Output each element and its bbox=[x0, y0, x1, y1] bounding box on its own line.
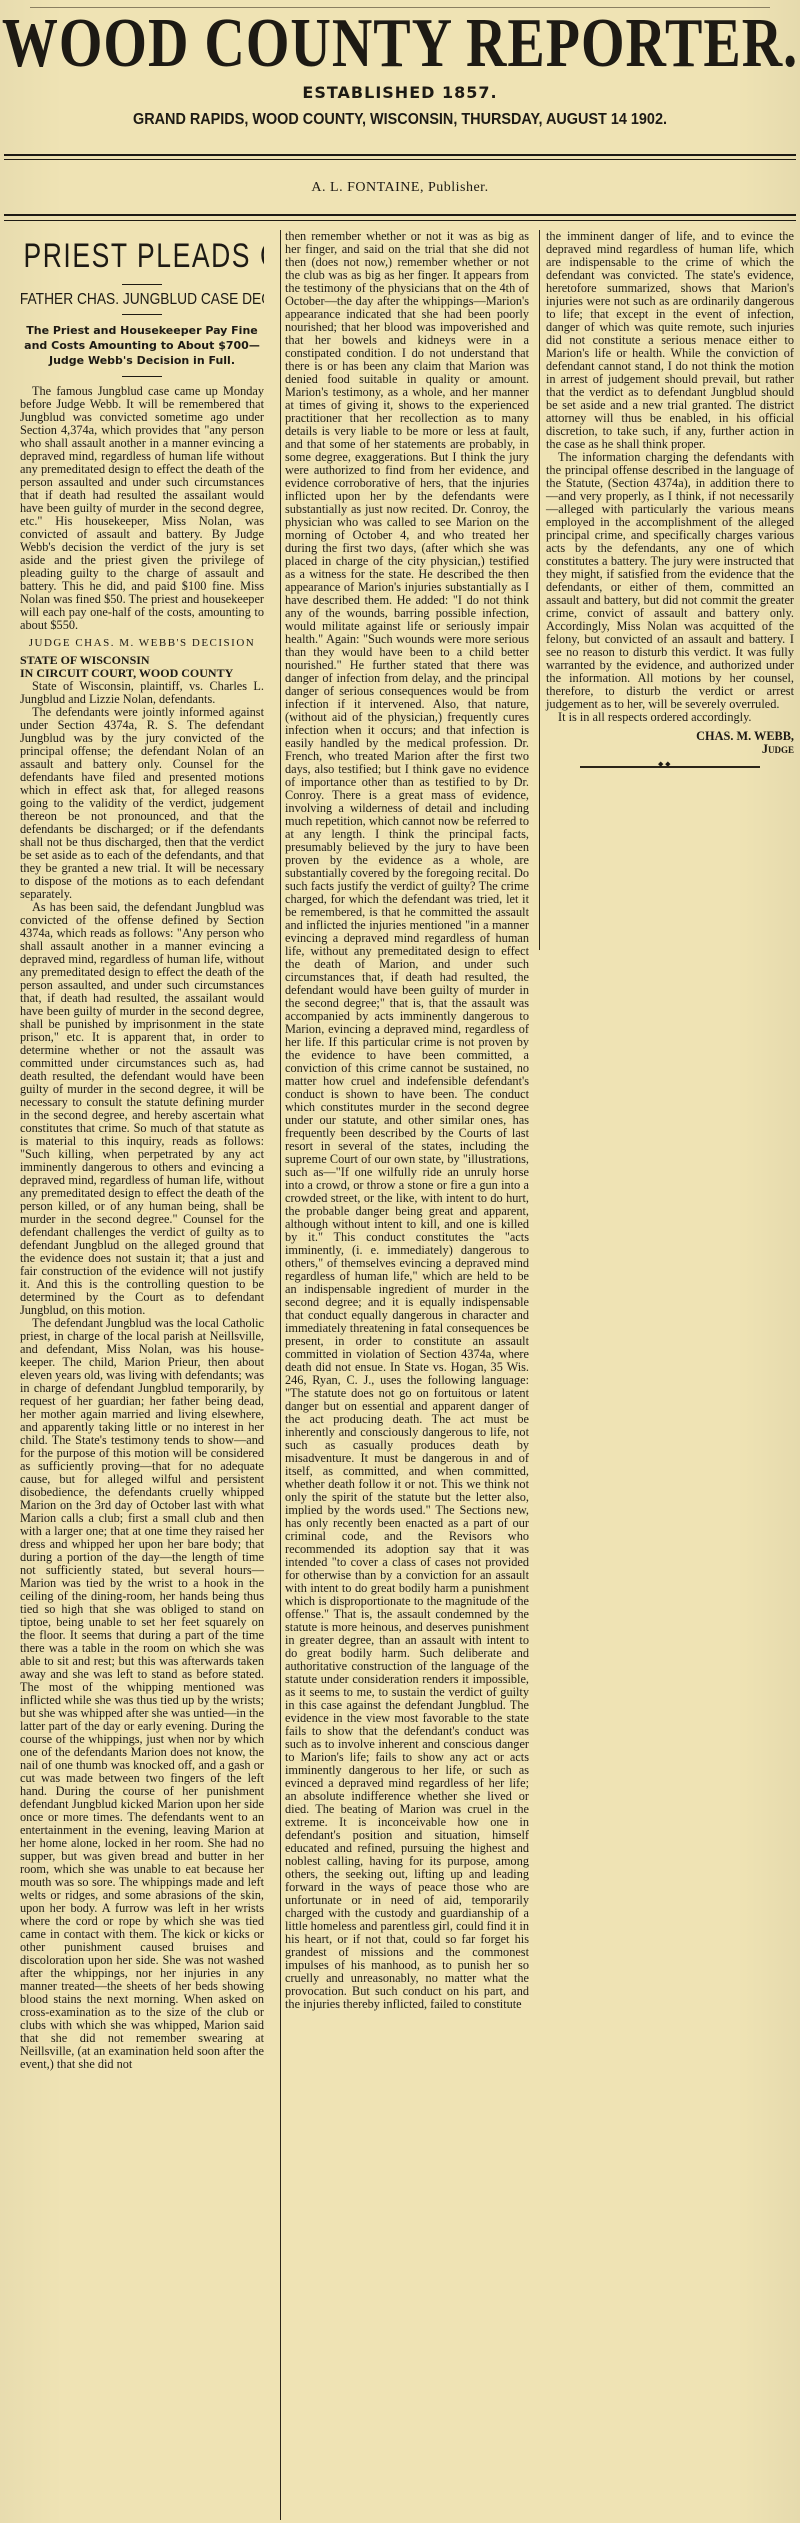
column-2: then remember whether or not it was as b… bbox=[280, 230, 529, 2520]
signature-name: CHAS. M. WEBB, bbox=[696, 729, 794, 743]
body-paragraph: It is in all respects ordered accordingl… bbox=[546, 711, 794, 724]
dateline: GRAND RAPIDS, WOOD COUNTY, WISCONSIN, TH… bbox=[28, 111, 772, 129]
section-rule-top bbox=[4, 214, 796, 216]
divider bbox=[122, 376, 162, 377]
publisher-line: A. L. FONTAINE, Publisher. bbox=[0, 180, 800, 196]
body-paragraph: The defendant Jungblud was the local Cat… bbox=[20, 1317, 264, 2071]
article-deck: The Priest and Housekeeper Pay Fine and … bbox=[20, 323, 264, 368]
masthead-rule-bottom bbox=[4, 159, 796, 160]
judge-signature: CHAS. M. WEBB, Judge bbox=[546, 730, 794, 756]
body-paragraph: The information charging the defendants … bbox=[546, 451, 794, 711]
body-paragraph: the imminent danger of life, and to evin… bbox=[546, 230, 794, 451]
section-rule-bottom bbox=[4, 220, 796, 221]
column-1: PRIEST PLEADS GUILTY FATHER CHAS. JUNGBL… bbox=[20, 230, 264, 2520]
masthead-title: WOOD COUNTY REPORTER. bbox=[0, 6, 800, 81]
newspaper-page: WOOD COUNTY REPORTER. ESTABLISHED 1857. … bbox=[0, 0, 800, 2523]
article-intro: The famous Jungblud case came up Monday … bbox=[20, 385, 264, 632]
divider bbox=[122, 314, 162, 315]
divider bbox=[122, 284, 162, 285]
body-paragraph: As has been said, the defendant Jungblud… bbox=[20, 901, 264, 1317]
article-headline: PRIEST PLEADS GUILTY bbox=[23, 236, 260, 276]
column-3: the imminent danger of life, and to evin… bbox=[539, 230, 800, 950]
case-caption: State of Wisconsin, plaintiff, vs. Charl… bbox=[20, 680, 264, 706]
article-subheadline: FATHER CHAS. JUNGBLUD CASE DECIDED bbox=[20, 293, 264, 306]
ornament-divider-icon bbox=[580, 764, 760, 770]
body-paragraph: then remember whether or not it was as b… bbox=[285, 230, 529, 2011]
decision-heading: JUDGE CHAS. M. WEBB'S DECISION bbox=[20, 637, 264, 650]
body-paragraph: The defendants were jointly informed aga… bbox=[20, 706, 264, 901]
established-line: ESTABLISHED 1857. bbox=[0, 83, 800, 102]
masthead-rule-top bbox=[4, 154, 796, 156]
signature-title: Judge bbox=[546, 743, 794, 756]
